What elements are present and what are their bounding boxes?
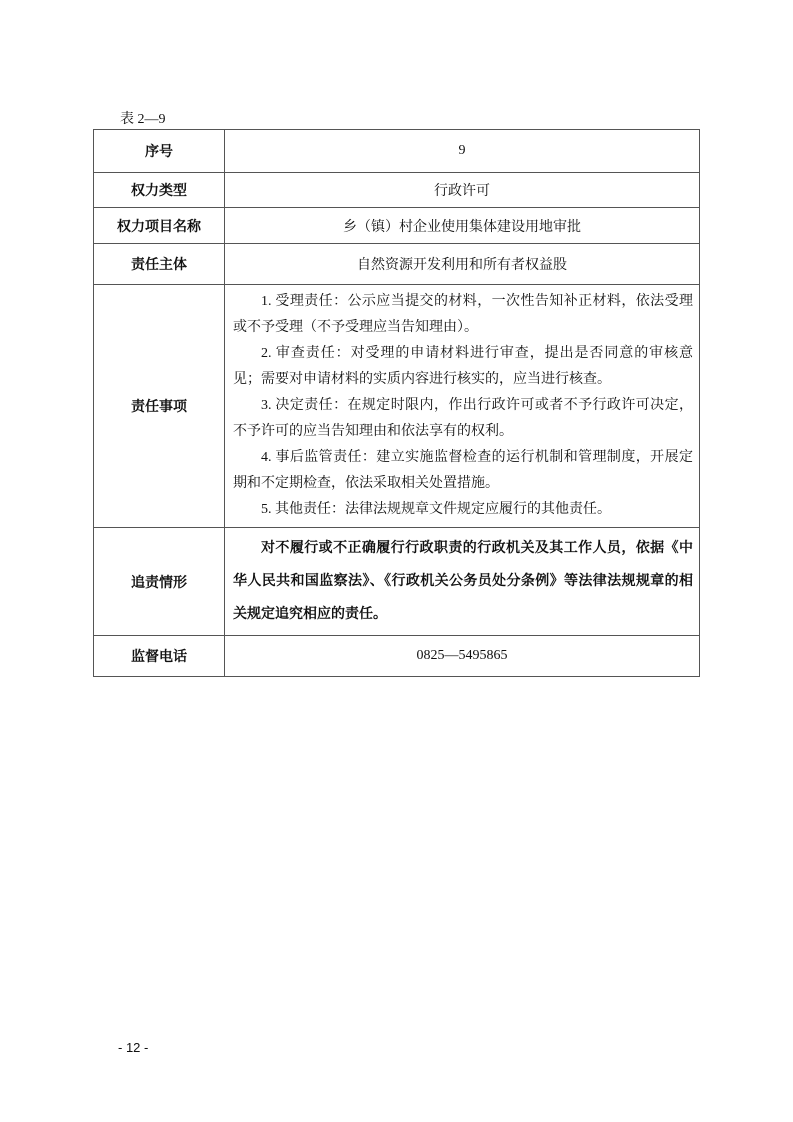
row-label: 监督电话	[94, 636, 225, 677]
row-label: 序号	[94, 130, 225, 173]
duty-item: 1. 受理责任：公示应当提交的材料，一次性告知补正材料，依法受理或不予受理（不予…	[233, 289, 693, 341]
row-label: 权力类型	[94, 173, 225, 208]
duty-item: 5. 其他责任：法律法规规章文件规定应履行的其他责任。	[233, 497, 693, 523]
duty-item: 3. 决定责任：在规定时限内，作出行政许可或者不予行政许可决定，不予许可的应当告…	[233, 393, 693, 445]
row-label: 责任主体	[94, 244, 225, 285]
row-label: 追责情形	[94, 528, 225, 636]
duty-item: 4. 事后监管责任：建立实施监督检查的运行机制和管理制度，开展定期和不定期检查，…	[233, 445, 693, 497]
accountability-paragraph: 对不履行或不正确履行行政职责的行政机关及其工作人员，依据《中华人民共和国监察法》…	[233, 532, 693, 631]
row-value: 行政许可	[225, 173, 700, 208]
table-row-subject: 责任主体 自然资源开发利用和所有者权益股	[94, 244, 700, 285]
power-responsibility-table: 序号 9 权力类型 行政许可 权力项目名称 乡（镇）村企业使用集体建设用地审批 …	[93, 129, 700, 677]
duty-item: 2. 审查责任：对受理的申请材料进行审查，提出是否同意的审核意见；需要对申请材料…	[233, 341, 693, 393]
table-row-item-name: 权力项目名称 乡（镇）村企业使用集体建设用地审批	[94, 208, 700, 244]
row-label: 权力项目名称	[94, 208, 225, 244]
table-row-serial: 序号 9	[94, 130, 700, 173]
row-value: 乡（镇）村企业使用集体建设用地审批	[225, 208, 700, 244]
table-row-power-type: 权力类型 行政许可	[94, 173, 700, 208]
table-row-phone: 监督电话 0825—5495865	[94, 636, 700, 677]
table-row-accountability: 追责情形 对不履行或不正确履行行政职责的行政机关及其工作人员，依据《中华人民共和…	[94, 528, 700, 636]
duties-list: 1. 受理责任：公示应当提交的材料，一次性告知补正材料，依法受理或不予受理（不予…	[225, 285, 700, 528]
accountability-text: 对不履行或不正确履行行政职责的行政机关及其工作人员，依据《中华人民共和国监察法》…	[225, 528, 700, 636]
row-value: 自然资源开发利用和所有者权益股	[225, 244, 700, 285]
phone-number: 0825—5495865	[225, 636, 700, 677]
row-value: 9	[225, 130, 700, 173]
row-label: 责任事项	[94, 285, 225, 528]
table-caption: 表 2—9	[120, 108, 166, 128]
page-number: - 12 -	[118, 1040, 148, 1055]
table-row-duties: 责任事项 1. 受理责任：公示应当提交的材料，一次性告知补正材料，依法受理或不予…	[94, 285, 700, 528]
